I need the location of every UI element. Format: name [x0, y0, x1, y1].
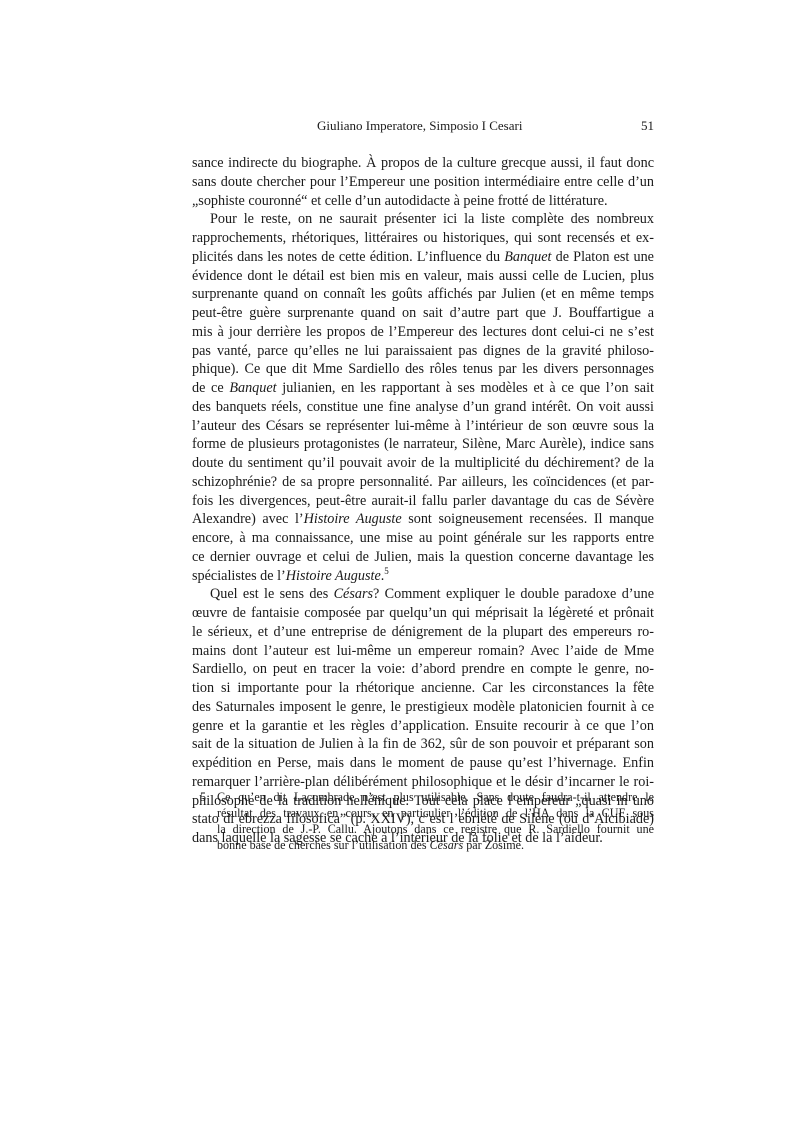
text-run: „sophiste couronné“ et celle d’un autodi…	[192, 193, 608, 209]
text-run: encore, à ma connaissance, une mise au p…	[192, 530, 654, 546]
text-run: plicités dans les notes de cette édition…	[192, 249, 504, 265]
text-run: la direction de J.-P. Callu. Ajoutons da…	[217, 822, 654, 836]
text-line: rapprochements, rhétoriques, littéraires…	[192, 229, 654, 248]
text-run: œuvre de fantaisie composée par quelqu’u…	[192, 605, 654, 621]
text-line: des Saturnales imposent le genre, le pre…	[192, 698, 654, 717]
text-run: sait de la situation de Julien à la fin …	[192, 736, 654, 752]
footnotes: 5Ce qu’en dit Lacombrade n’est plus util…	[192, 789, 654, 853]
text-run: bonne base de cherches sur l’utilisation…	[217, 838, 430, 852]
text-run: résultat des travaux en cours, en partic…	[217, 806, 654, 820]
text-run: mains dont l’auteur est lui-même un empe…	[192, 643, 654, 659]
paragraph: sance indirecte du biographe. À propos d…	[192, 154, 654, 210]
italic-title: Banquet	[504, 249, 551, 265]
text-run: évidence dont le détail est bien mis en …	[192, 268, 654, 284]
text-line: sance indirecte du biographe. À propos d…	[192, 154, 654, 173]
text-run: des Saturnales imposent le genre, le pre…	[192, 699, 654, 715]
text-line: Quel est le sens des Césars? Comment exp…	[192, 585, 654, 604]
text-line: schizophrénie? de sa propre personnalité…	[192, 473, 654, 492]
text-line: œuvre de fantaisie composée par quelqu’u…	[192, 604, 654, 623]
text-line: ce dernier ouvrage et celui de Julien, m…	[192, 548, 654, 567]
text-run: sans doute chercher pour l’Empereur une …	[192, 174, 654, 190]
text-line: encore, à ma connaissance, une mise au p…	[192, 529, 654, 548]
text-line: plicités dans les notes de cette édition…	[192, 248, 654, 267]
text-run: Alexandre) avec l’	[192, 511, 304, 527]
text-line: tion si importante pour la rhétorique an…	[192, 679, 654, 698]
text-run: spécialistes de l’	[192, 568, 286, 584]
text-line: „sophiste couronné“ et celle d’un autodi…	[192, 192, 654, 211]
text-line: Pour le reste, on ne saurait présenter i…	[192, 210, 654, 229]
text-run: surprenante quand on connaît les goûts a…	[192, 286, 654, 302]
text-line: peut-être guère surprenante quand on sai…	[192, 304, 654, 323]
text-line: de ce Banquet julianien, en les rapporta…	[192, 379, 654, 398]
italic-title: Banquet	[229, 380, 276, 396]
text-run: l’auteur des Césars se représenter lui-m…	[192, 418, 654, 434]
text-run: phique). Ce que dit Mme Sardiello des rô…	[192, 361, 654, 377]
text-run: schizophrénie? de sa propre personnalité…	[192, 474, 654, 490]
text-line: bonne base de cherches sur l’utilisation…	[217, 837, 654, 853]
italic-title: Histoire Auguste	[286, 568, 381, 584]
text-run: remarquer l’arrière-plan délibérément ph…	[192, 774, 654, 790]
text-run: Ce qu’en dit Lacombrade n’est plus utili…	[217, 790, 654, 804]
paragraph: Pour le reste, on ne saurait présenter i…	[192, 210, 654, 585]
text-line: phique). Ce que dit Mme Sardiello des rô…	[192, 360, 654, 379]
text-run: le sérieux, et d’une entreprise de dénig…	[192, 624, 654, 640]
text-line: mis à jour derrière les propos de l’Empe…	[192, 323, 654, 342]
text-line: sans doute chercher pour l’Empereur une …	[192, 173, 654, 192]
body-text: sance indirecte du biographe. À propos d…	[192, 154, 654, 848]
text-run: Sardiello, on peut en tracer la voie: d’…	[192, 661, 654, 677]
text-line: évidence dont le détail est bien mis en …	[192, 267, 654, 286]
text-line: pas vanté, parce qu’elles ne lui paraiss…	[192, 342, 654, 361]
text-run: peut-être guère surprenante quand on sai…	[192, 305, 654, 321]
text-line: des banquets réels, constitue une fine a…	[192, 398, 654, 417]
text-run: Quel est le sens des	[210, 586, 334, 602]
text-line: spécialistes de l’Histoire Auguste.5	[192, 567, 654, 586]
text-run: forme de plusieurs protagonistes (le nar…	[192, 436, 654, 452]
text-run: expédition en Perse, mais dans le moment…	[192, 755, 654, 771]
text-run: doute du sentiment qu’il pouvait avoir d…	[192, 455, 654, 471]
text-run: pas vanté, parce qu’elles ne lui paraiss…	[192, 343, 654, 359]
text-run: tion si importante pour la rhétorique an…	[192, 680, 654, 696]
text-run: sont soigneusement recensées. Il manque	[402, 511, 654, 527]
text-line: mains dont l’auteur est lui-même un empe…	[192, 642, 654, 661]
text-line: Alexandre) avec l’Histoire Auguste sont …	[192, 510, 654, 529]
text-run: de Platon est une	[551, 249, 654, 265]
running-head: Giuliano Imperatore, Simposio I Cesari 5…	[192, 118, 654, 136]
text-run: Pour le reste, on ne saurait présenter i…	[210, 211, 654, 227]
text-run: par Zosime.	[463, 838, 524, 852]
text-run: fois les divergences, peut-être aurait-i…	[192, 493, 654, 509]
text-line: expédition en Perse, mais dans le moment…	[192, 754, 654, 773]
text-line: surprenante quand on connaît les goûts a…	[192, 285, 654, 304]
footnote-reference[interactable]: 5	[384, 566, 389, 576]
text-run: genre et la garantie et les règles d’app…	[192, 718, 654, 734]
text-run: rapprochements, rhétoriques, littéraires…	[192, 230, 654, 246]
text-line: doute du sentiment qu’il pouvait avoir d…	[192, 454, 654, 473]
footnote-number: 5	[200, 789, 206, 805]
text-line: Ce qu’en dit Lacombrade n’est plus utili…	[217, 789, 654, 805]
text-line: la direction de J.-P. Callu. Ajoutons da…	[217, 821, 654, 837]
italic-title: Césars	[430, 838, 464, 852]
text-run: ? Comment expliquer le double paradoxe d…	[373, 586, 654, 602]
page-number: 51	[641, 118, 654, 134]
text-run: des banquets réels, constitue une fine a…	[192, 399, 654, 415]
text-run: julianien, en les rapportant à ses modèl…	[277, 380, 654, 396]
text-line: fois les divergences, peut-être aurait-i…	[192, 492, 654, 511]
italic-title: Césars	[334, 586, 373, 602]
text-line: sait de la situation de Julien à la fin …	[192, 735, 654, 754]
italic-title: Histoire Auguste	[304, 511, 402, 527]
text-line: genre et la garantie et les règles d’app…	[192, 717, 654, 736]
text-run: mis à jour derrière les propos de l’Empe…	[192, 324, 654, 340]
running-title: Giuliano Imperatore, Simposio I Cesari	[317, 118, 522, 134]
text-run: de ce	[192, 380, 229, 396]
text-line: Sardiello, on peut en tracer la voie: d’…	[192, 660, 654, 679]
footnote: 5Ce qu’en dit Lacombrade n’est plus util…	[192, 789, 654, 853]
text-line: résultat des travaux en cours, en partic…	[217, 805, 654, 821]
text-line: forme de plusieurs protagonistes (le nar…	[192, 435, 654, 454]
text-line: le sérieux, et d’une entreprise de dénig…	[192, 623, 654, 642]
text-run: sance indirecte du biographe. À propos d…	[192, 155, 654, 171]
text-run: ce dernier ouvrage et celui de Julien, m…	[192, 549, 654, 565]
text-line: l’auteur des Césars se représenter lui-m…	[192, 417, 654, 436]
